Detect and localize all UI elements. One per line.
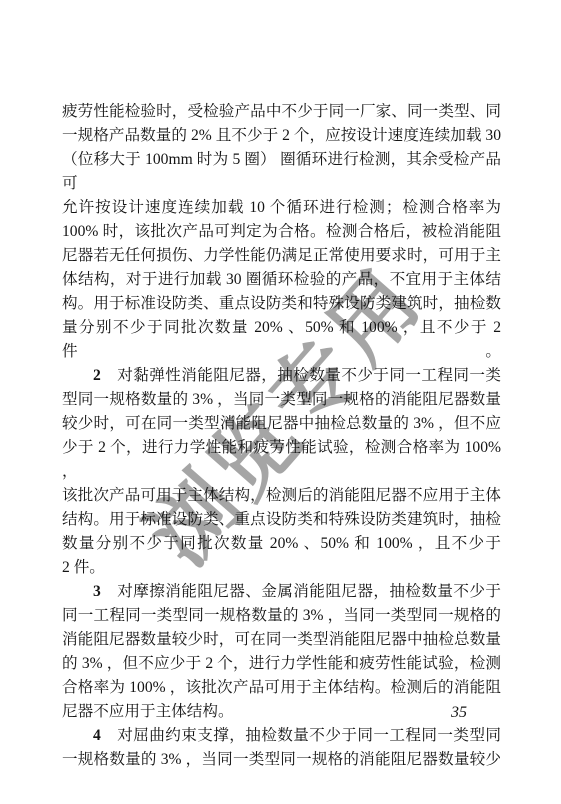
text-line: 100% 时，该批次产品可判定为合格。检测合格后，被检消能阻 bbox=[62, 220, 501, 244]
text-line: 3 对摩擦消能阻尼器、金属消能阻尼器，抽检数量不少于 bbox=[62, 580, 501, 604]
text-line: 较少时，可在同一类型消能阻尼器中抽检总数量的 3% ，但不应 bbox=[62, 412, 501, 436]
text-line: 尼器若无任何损伤、力学性能仍满足正常使用要求时，可用于主 bbox=[62, 244, 501, 268]
text-line: 合格率为 100% ，该批次产品可用于主体结构。检测后的消能阻 bbox=[62, 676, 501, 700]
text-line: 尼器不应用于主体结构。 bbox=[62, 700, 501, 724]
text-line: 数量分别不少于同批次数量 20% 、50% 和 100% ，且不少于 bbox=[62, 532, 501, 556]
text-line: （位移大于 100mm 时为 5 圈） 圈循环进行检测，其余受检产品可 bbox=[62, 148, 501, 196]
text-line: 该批次产品可用于主体结构，检测后的消能阻尼器不应用于主体 bbox=[62, 484, 501, 508]
text-line: 体结构，对于进行加载 30 圈循环检验的产品，不宜用于主体结 bbox=[62, 268, 501, 292]
clause-number: 2 bbox=[93, 367, 101, 384]
text-line: 疲劳性能检验时，受检验产品中不少于同一厂家、同一类型、同 bbox=[62, 100, 501, 124]
page-number: 35 bbox=[451, 704, 467, 722]
text-line: 结构。用于标准设防类、重点设防类和特殊设防类建筑时，抽检 bbox=[62, 508, 501, 532]
text-line: 2 对黏弹性消能阻尼器，抽检数量不少于同一工程同一类 bbox=[62, 364, 501, 388]
text-line: 一规格数量的 3% ，当同一类型同一规格的消能阻尼器数量较少 bbox=[62, 748, 501, 772]
text-line: 消能阻尼器数量较少时，可在同一类型消能阻尼器中抽检总数量 bbox=[62, 628, 501, 652]
text-line: 同一工程同一类型同一规格数量的 3% ，当同一类型同一规格的 bbox=[62, 604, 501, 628]
body-text: 疲劳性能检验时，受检验产品中不少于同一厂家、同一类型、同一规格产品数量的 2% … bbox=[62, 100, 501, 772]
text-line: 4 对屈曲约束支撑，抽检数量不少于同一工程同一类型同 bbox=[62, 724, 501, 748]
text-line: 允许按设计速度连续加载 10 个循环进行检测；检测合格率为 bbox=[62, 196, 501, 220]
text-line: 量分别不少于同批次数量 20% 、50% 和 100% ，且不少于 2 件。 bbox=[62, 316, 501, 364]
text-line: 2 件。 bbox=[62, 556, 501, 580]
text-line: 的 3% ，但不应少于 2 个，进行力学性能和疲劳性能试验，检测 bbox=[62, 652, 501, 676]
text-line: 型同一规格数量的 3% ，当同一类型同一规格的消能阻尼器数量 bbox=[62, 388, 501, 412]
document-page: 浏览专用 疲劳性能检验时，受检验产品中不少于同一厂家、同一类型、同一规格产品数量… bbox=[0, 0, 561, 804]
clause-number: 4 bbox=[93, 727, 101, 744]
text-line: 一规格产品数量的 2% 且不少于 2 个，应按设计速度连续加载 30 bbox=[62, 124, 501, 148]
text-line: 构。用于标准设防类、重点设防类和特殊设防类建筑时，抽检数 bbox=[62, 292, 501, 316]
clause-number: 3 bbox=[93, 583, 101, 600]
text-line: 少于 2 个，进行力学性能和疲劳性能试验，检测合格率为 100% ， bbox=[62, 436, 501, 484]
